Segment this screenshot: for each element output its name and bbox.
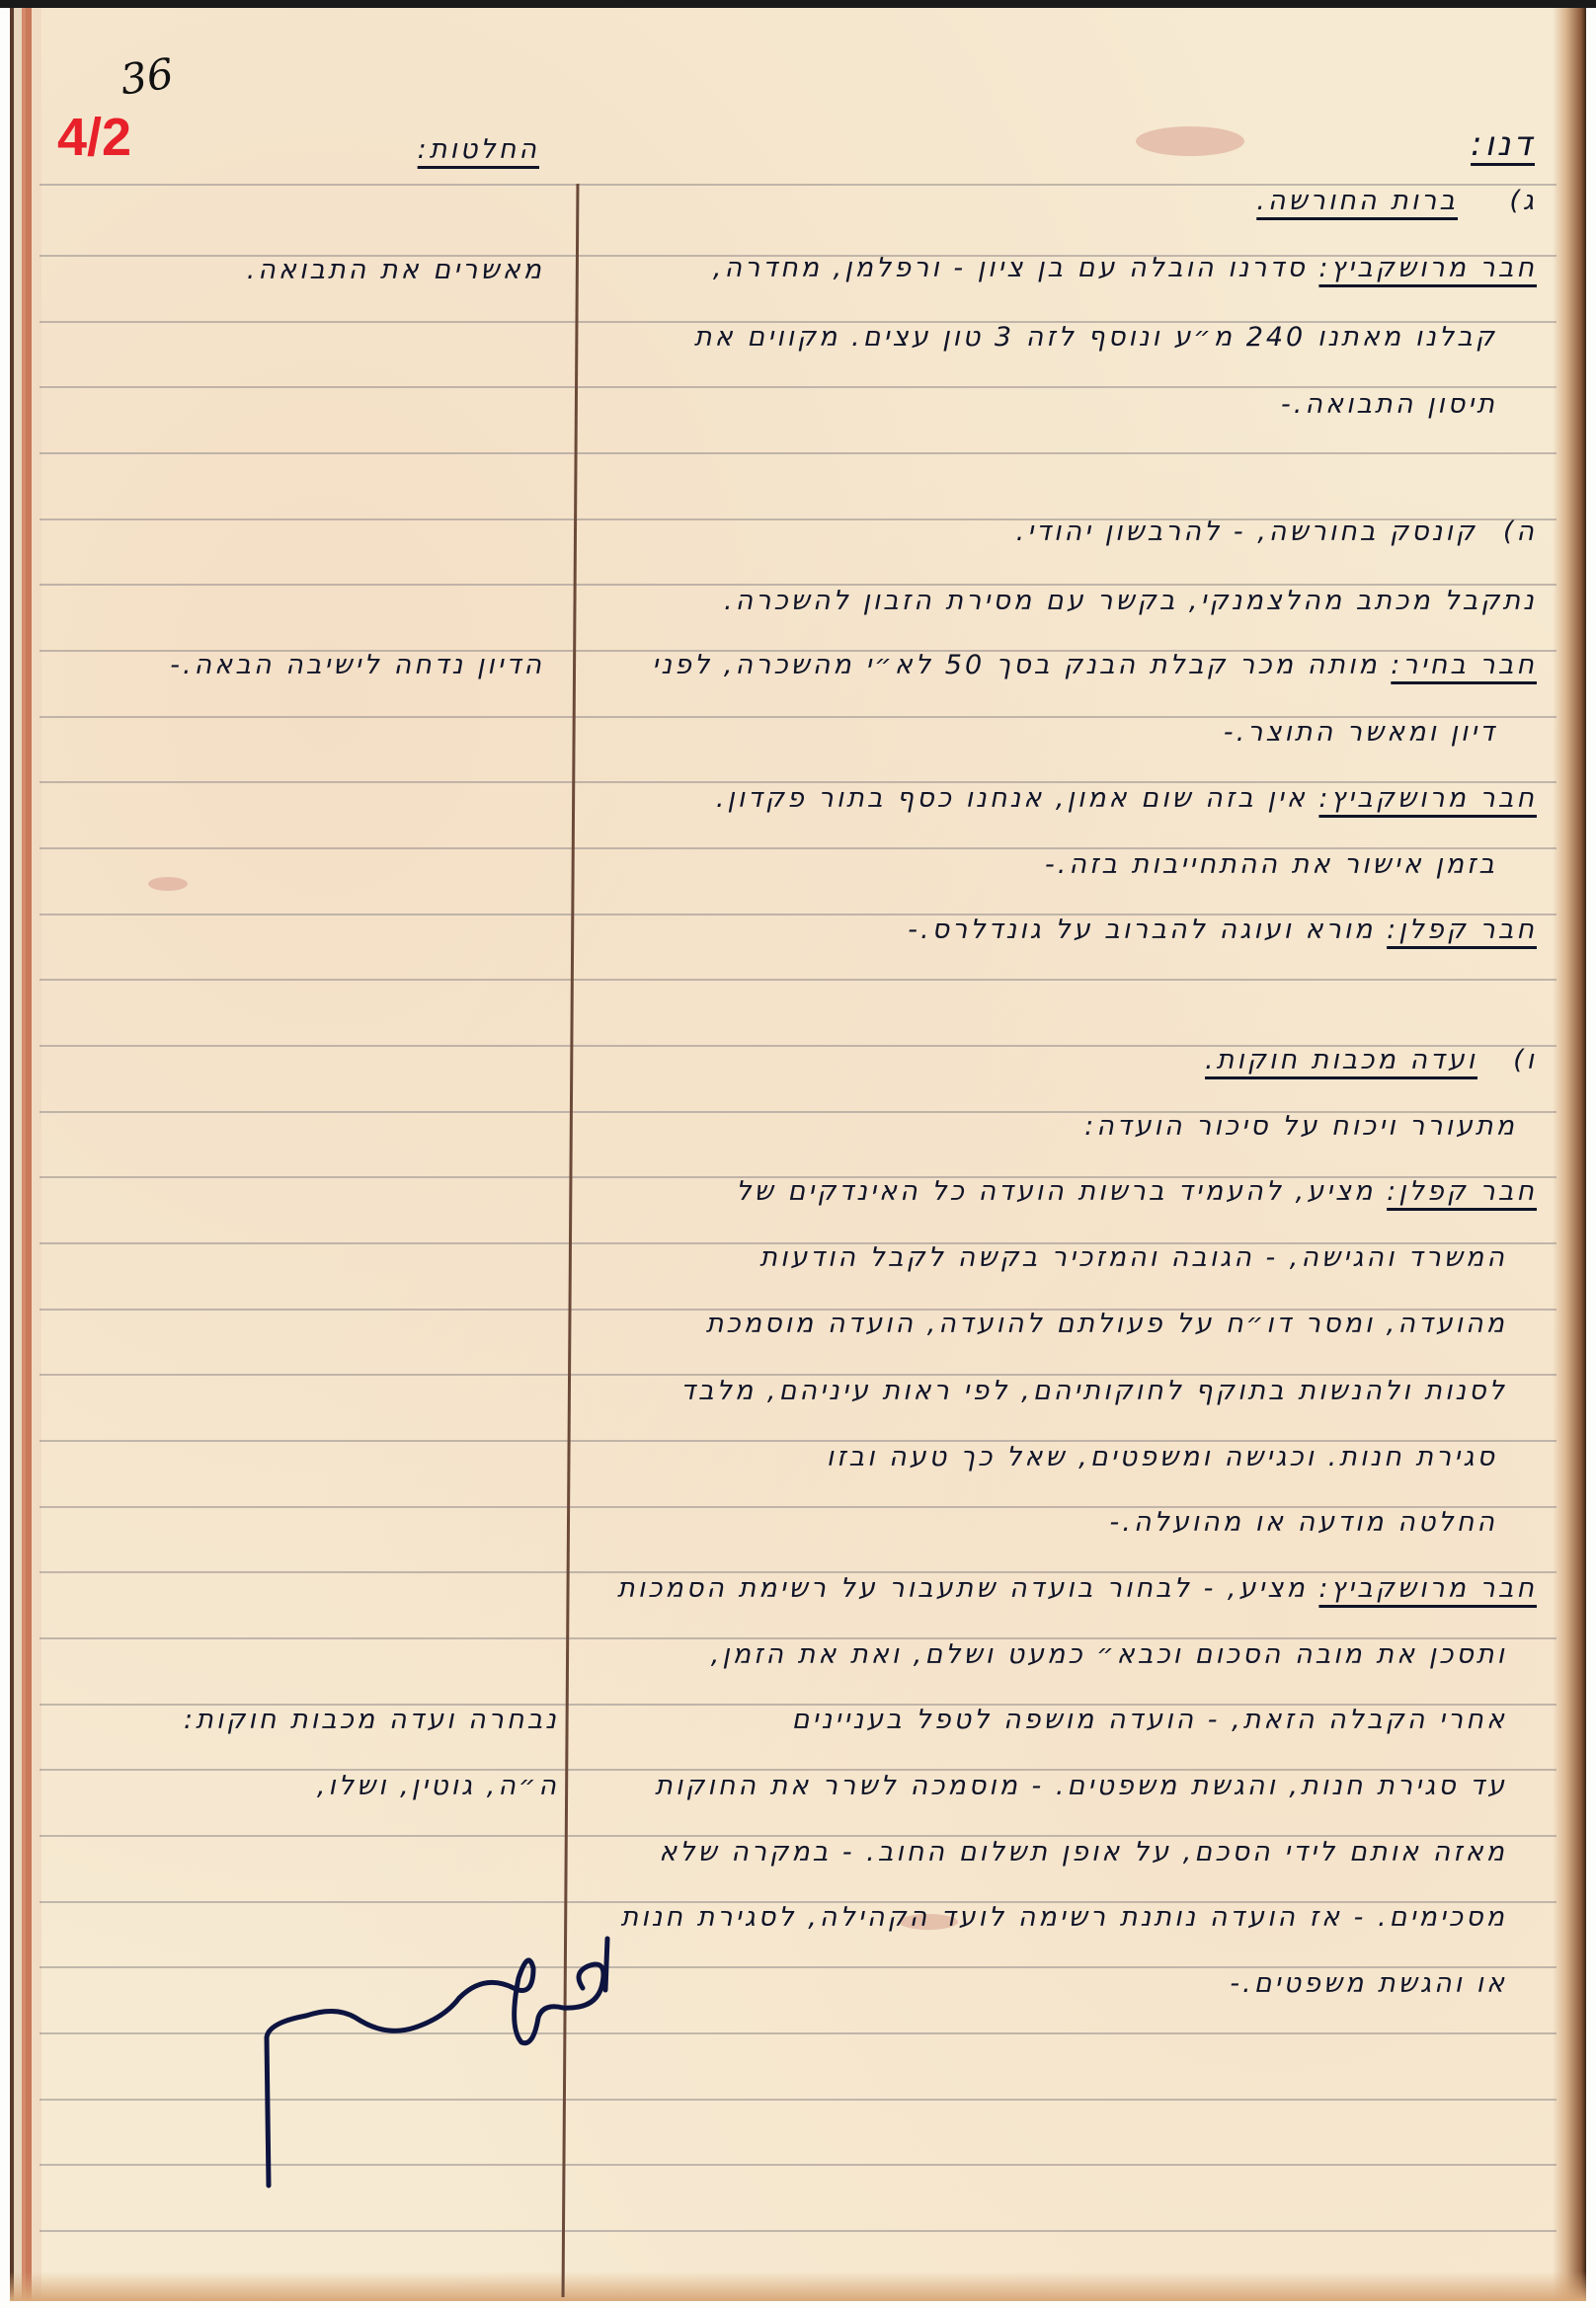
notebook-spine <box>10 8 41 2301</box>
discussion-line: מאזה אותם לידי הסכם, על אופן תשלום החוב.… <box>659 1837 1507 1868</box>
discussion-line: חבר קפלן: מורא ועוגה להברוב על גונדלרס.- <box>908 915 1537 945</box>
discussion-line: לסנות ולהנשות בתוקף לחוקותיהם, לפי ראות … <box>680 1376 1507 1406</box>
ruled-line <box>40 979 1556 981</box>
ink-stain <box>148 877 188 891</box>
page-bottom-edge <box>10 2271 1586 2301</box>
discussion-line: מתעורר ויכוח על סיכור הועדה: <box>1084 1111 1517 1142</box>
speaker-name: חבר מרושקביץ: <box>1318 1573 1537 1604</box>
discussion-line: קבלנו מאתנו 240 מ״ע ונוסף לזה 3 טון עצים… <box>694 322 1497 353</box>
notebook-page: 36 4/2 החלטות: דנו: ג) ברות החורשה. חבר … <box>10 8 1586 2301</box>
decision-item: נבחרה ועדה מכבות חוקות: <box>184 1705 559 1735</box>
item-title: ברות החורשה. <box>1256 186 1458 216</box>
decision-item: הדיון נדחה לישיבה הבאה.- <box>170 650 544 680</box>
decision-item: מאשרים את התבואה. <box>247 255 544 285</box>
discussion-line: תיסון התבואה.- <box>1281 389 1497 420</box>
item-number: ו) <box>1513 1045 1537 1075</box>
item-number: ג) <box>1509 186 1537 216</box>
discussion-line: ותסכן את מובה הסכום וכבא״ כמעט ושלם, ואת… <box>711 1639 1507 1670</box>
discussion-line: נתקבל מכתב מהלצמנקי, בקשר עם מסירת הזבון… <box>724 586 1537 616</box>
line-text: מורא ועוגה להברוב על גונדלרס.- <box>908 915 1375 945</box>
page-number: 36 <box>118 49 177 105</box>
archive-stamp: 4/2 <box>57 107 131 168</box>
discussion-line: חבר מרושקביץ: אין בזה שום אמון, אנחנו כס… <box>716 783 1537 814</box>
ink-stain <box>1136 126 1244 156</box>
line-text: אין בזה שום אמון, אנחנו כסף בתור פקדון. <box>716 783 1308 814</box>
signature <box>247 1929 622 2205</box>
item-number: ה) <box>1503 517 1537 547</box>
speaker-name: חבר מרושקביץ: <box>1318 783 1537 814</box>
decisions-header: החלטות: <box>418 134 539 165</box>
discussion-header: דנו: <box>1471 124 1535 164</box>
line-text: מותה מכר קבלת הבנק בסך 50 לא״י מהשכרה, ל… <box>652 650 1379 680</box>
speaker-name: חבר קפלן: <box>1387 1176 1537 1207</box>
line-text: מציע, - לבחור בועדה שתעבור על רשימת הסמכ… <box>617 1573 1308 1604</box>
discussion-line: בזמן אישור את ההתחייבות בזה.- <box>1045 849 1497 880</box>
item-title: ועדה מכבות חוקות. <box>1205 1045 1477 1075</box>
discussion-line: המשרד והגישה, - הגובה והמזכיר בקשה לקבל … <box>759 1242 1507 1273</box>
discussion-line: חבר מרושקביץ: סדרנו הובלה עם בן ציון - ו… <box>713 253 1537 283</box>
item-title: קונסק בחורשה, - להרבשון יהודי. <box>1016 517 1477 547</box>
discussion-line: דיון ומאשר התוצר.- <box>1224 717 1497 748</box>
discussion-line: חבר בחיר: מותה מכר קבלת הבנק בסך 50 לא״י… <box>652 650 1537 680</box>
discussion-line: סגירת חנות. וכגישה ומשפטים, שאל כך טעה ו… <box>827 1442 1497 1472</box>
discussion-line: עד סגירת חנות, והגשת משפטים. - מוסמכה לש… <box>655 1771 1507 1801</box>
discussion-line: או והגשת משפטים.- <box>1230 1968 1507 1999</box>
line-text: סדרנו הובלה עם בן ציון - ורפלמן, מחדרה, <box>713 253 1308 283</box>
scan-top-border <box>0 0 1596 8</box>
discussion-line: חבר מרושקביץ: מציע, - לבחור בועדה שתעבור… <box>617 1573 1537 1604</box>
decision-item: ה״ה, גוטין, ושלו, <box>317 1771 559 1801</box>
discussion-line: חבר קפלן: מציע, להעמיד ברשות הועדה כל הא… <box>736 1176 1537 1207</box>
line-text: מציע, להעמיד ברשות הועדה כל האינדקים של <box>736 1176 1375 1207</box>
discussion-line: מהועדה, ומסר דו״ח על פעולתם להועדה, הועד… <box>706 1309 1507 1339</box>
speaker-name: חבר בחיר: <box>1391 650 1537 680</box>
ruled-line <box>40 452 1556 454</box>
ruled-line <box>40 2230 1556 2232</box>
speaker-name: חבר מרושקביץ: <box>1318 253 1537 283</box>
discussion-line: אחרי הקבלה הזאת, - הועדה מושפה לטפל בעני… <box>792 1705 1507 1735</box>
speaker-name: חבר קפלן: <box>1387 915 1537 945</box>
discussion-line: מסכימים. - אז הועדה נותנת רשימה לועד הקה… <box>620 1902 1507 1933</box>
page-edge-shadow <box>1553 8 1586 2301</box>
ruled-line <box>40 386 1556 388</box>
discussion-line: החלטה מודעה או מהועלה.- <box>1110 1507 1497 1538</box>
